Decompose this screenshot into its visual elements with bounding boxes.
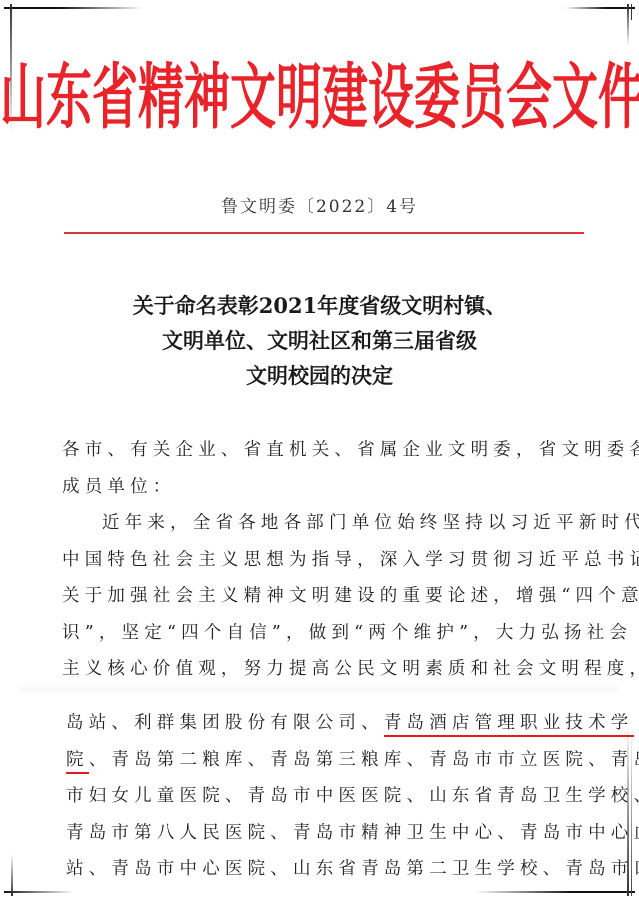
paragraph-line-2: 中国特色社会主义思想为指导，深入学习贯彻习近平总书记 — [62, 542, 592, 579]
excerpt-line-2: 院、青岛第二粮库、青岛第三粮库、青岛市市立医院、青岛 — [66, 742, 596, 779]
frame-corner-bottom-right-h — [475, 891, 635, 893]
excerpt-line-2-rest: 、青岛第二粮库、青岛第三粮库、青岛市市立医院、青岛 — [89, 750, 639, 770]
title-line-2: 文明单位、文明社区和第三届省级 — [0, 323, 639, 358]
document-number: 鲁文明委〔2022〕4号 — [0, 192, 639, 217]
document-title: 关于命名表彰2021年度省级文明村镇、 文明单位、文明社区和第三届省级 文明校园… — [0, 288, 639, 393]
frame-corner-bottom-left-h — [4, 891, 74, 893]
page-splice-gap — [20, 682, 619, 696]
frame-corner-top-left-h — [4, 7, 144, 9]
salutation-line-1: 各市、有关企业、省直机关、省属企业文明委，省文明委各 — [62, 432, 592, 469]
red-separator-rule — [64, 232, 584, 234]
frame-corner-top-right-h — [565, 7, 635, 9]
excerpt-line-1-prefix: 岛站、利群集团股份有限公司、 — [66, 713, 384, 733]
excerpt-line-5: 站、青岛市中心医院、山东省青岛第二卫生学校、青岛市口 — [66, 851, 596, 888]
salutation: 各市、有关企业、省直机关、省属企业文明委，省文明委各 成员单位： — [62, 432, 592, 505]
frame-corner-top-right-v2 — [631, 4, 632, 20]
paragraph-line-1: 近年来，全省各地各部门单位始终坚持以习近平新时代 — [62, 505, 592, 542]
document-masthead: 山东省精神文明建设委员会文件 — [0, 58, 639, 136]
paragraph-line-4: 识”，坚定“四个自信”，做到“两个维护”，大力弘扬社会 — [62, 615, 592, 652]
title-line-1: 关于命名表彰2021年度省级文明村镇、 — [0, 288, 639, 323]
excerpt-line-1: 岛站、利群集团股份有限公司、青岛酒店管理职业技术学 — [66, 705, 596, 742]
paragraph-intro: 近年来，全省各地各部门单位始终坚持以习近平新时代 中国特色社会主义思想为指导，深… — [62, 505, 592, 688]
title-line-3: 文明校园的决定 — [0, 358, 639, 393]
awardee-list-excerpt: 岛站、利群集团股份有限公司、青岛酒店管理职业技术学 院、青岛第二粮库、青岛第三粮… — [66, 705, 596, 888]
excerpt-line-4: 青岛市第八人民医院、青岛市精神卫生中心、青岛市中心血 — [66, 815, 596, 852]
highlighted-school-name-part-1: 青岛酒店管理职业技术学 — [384, 713, 634, 737]
salutation-line-2: 成员单位： — [62, 469, 592, 506]
frame-corner-top-right-v — [627, 4, 629, 46]
highlighted-school-name-part-2: 院 — [66, 750, 89, 774]
frame-corner-bottom-left-v — [11, 854, 13, 896]
excerpt-line-3: 市妇女儿童医院、青岛市中医医院、山东省青岛卫生学校、 — [66, 778, 596, 815]
paragraph-line-3: 关于加强社会主义精神文明建设的重要论述，增强“四个意 — [62, 578, 592, 615]
